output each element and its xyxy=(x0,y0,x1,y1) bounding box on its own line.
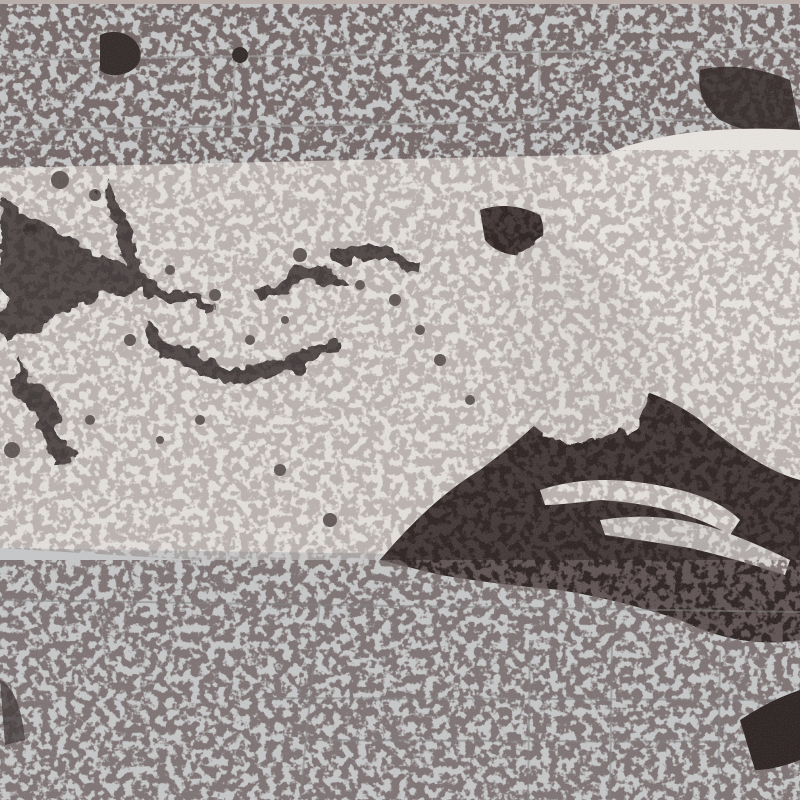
artwork-canvas: Textured monochrome artwork depicting a … xyxy=(0,0,800,800)
artwork-image xyxy=(0,0,800,800)
